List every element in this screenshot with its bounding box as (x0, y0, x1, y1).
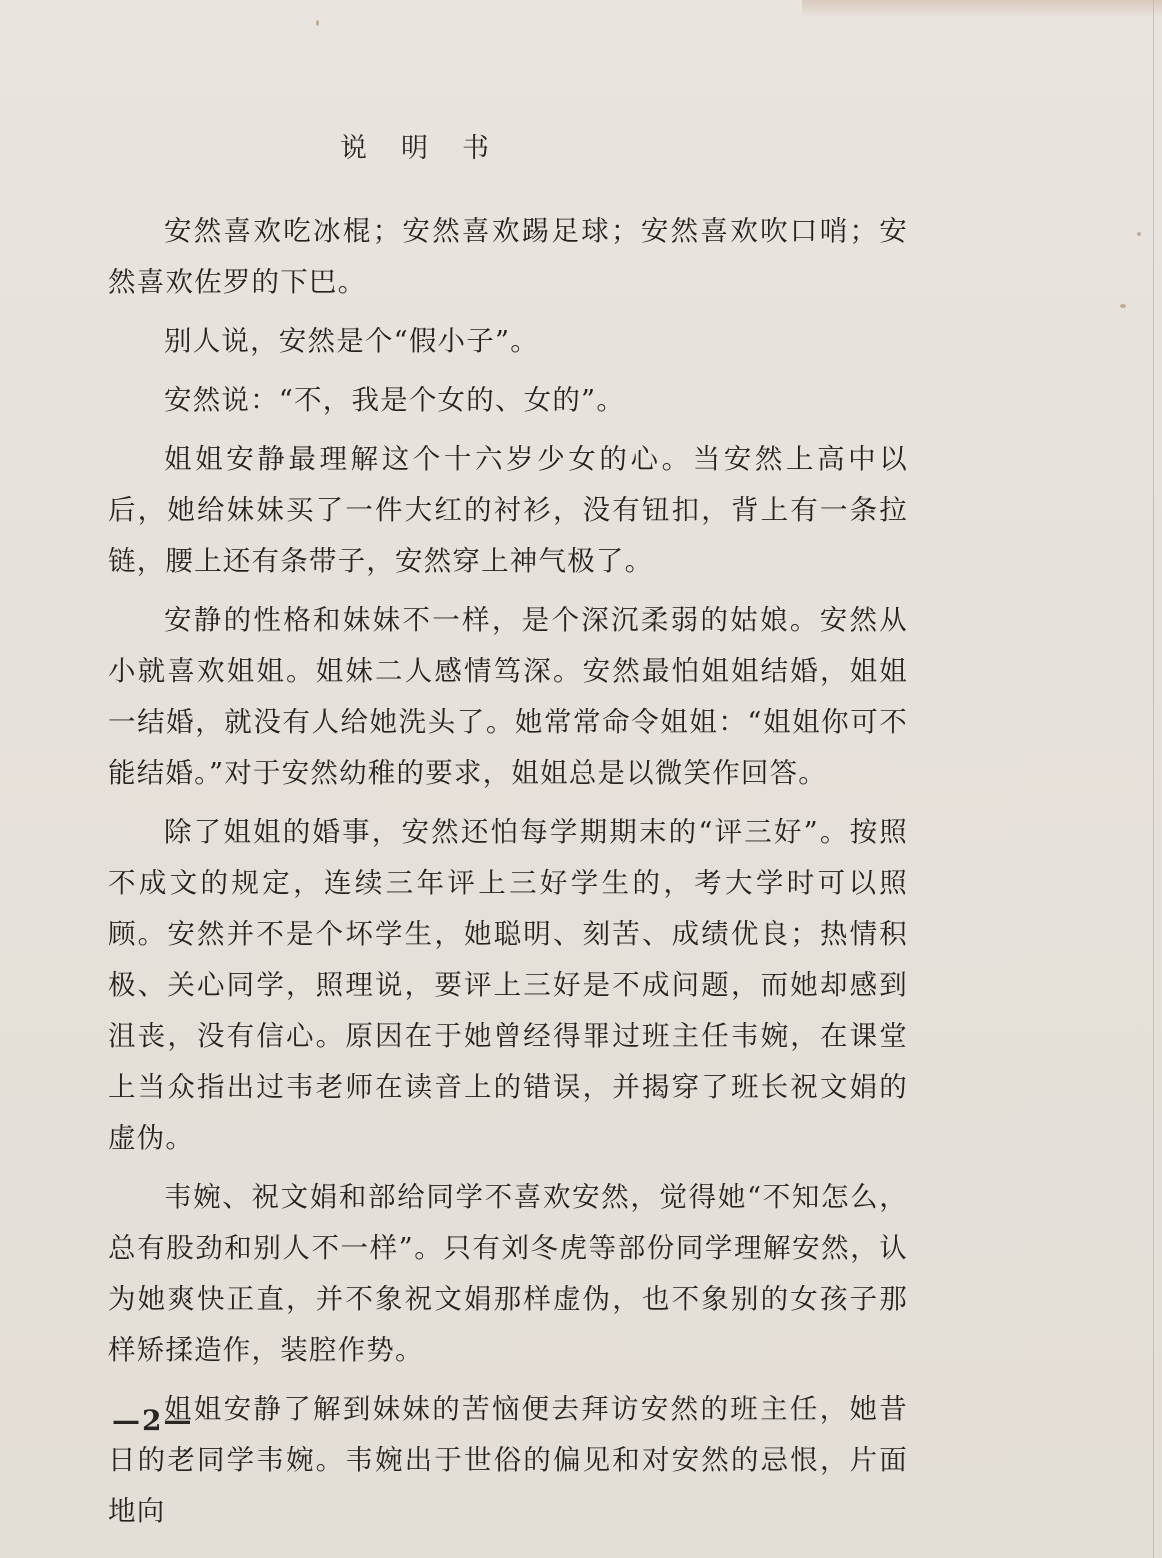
paragraph: 除了姐姐的婚事，安然还怕每学期期末的“评三好”。按照不成文的规定，连续三年评上三… (108, 807, 908, 1164)
paragraph: 韦婉、祝文娟和部给同学不喜欢安然，觉得她“不知怎么，总有股劲和别人不一样”。只有… (108, 1172, 908, 1376)
document-body: 安然喜欢吃冰棍；安然喜欢踢足球；安然喜欢吹口哨；安然喜欢佐罗的下巴。 别人说，安… (108, 206, 908, 1545)
paragraph: 安然说：“不，我是个女的、女的”。 (108, 375, 908, 426)
paper-speck (1137, 232, 1141, 236)
scanned-page: · 说明书 安然喜欢吃冰棍；安然喜欢踢足球；安然喜欢吹口哨；安然喜欢佐罗的下巴。… (0, 0, 1162, 1558)
paper-speck (1120, 304, 1126, 308)
page-number: —2— (112, 1404, 193, 1437)
paragraph: 安静的性格和妹妹不一样，是个深沉柔弱的姑娘。安然从小就喜欢姐姐。姐妹二人感情笃深… (108, 595, 908, 799)
page-title: 说明书 (340, 126, 580, 165)
page-top-shadow (802, 0, 1162, 18)
paper-speck (316, 20, 319, 26)
page-right-edge (1153, 0, 1154, 1558)
paragraph: 别人说，安然是个“假小子”。 (108, 316, 908, 367)
paragraph: 姐姐安静了解到妹妹的苦恼便去拜访安然的班主任，她昔日的老同学韦婉。韦婉出于世俗的… (108, 1384, 908, 1537)
paragraph: 安然喜欢吃冰棍；安然喜欢踢足球；安然喜欢吹口哨；安然喜欢佐罗的下巴。 (108, 206, 908, 308)
paragraph: 姐姐安静最理解这个十六岁少女的心。当安然上高中以后，她给妹妹买了一件大红的衬衫，… (108, 434, 908, 587)
